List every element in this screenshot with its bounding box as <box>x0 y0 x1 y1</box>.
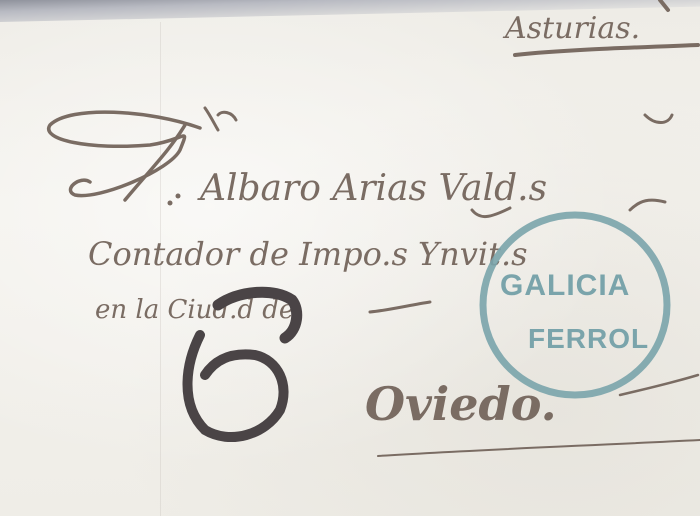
addressee-title: Contador de Impo.s Ynvit.s <box>88 235 528 273</box>
svg-text:Asturias.: Asturias. <box>502 11 640 46</box>
letter-cover: Asturias. Albaro Arias Vald.s Contador d… <box>0 0 700 516</box>
top-right-note: Asturias. <box>502 0 698 55</box>
svg-text:FERROL: FERROL <box>528 323 649 354</box>
tilde-mark <box>630 200 665 210</box>
tilde-mark <box>472 208 510 217</box>
ink-stroke <box>370 302 430 312</box>
svg-text:Oviedo.: Oviedo. <box>365 377 557 431</box>
destination-city: Oviedo. <box>365 375 700 456</box>
addressee-name: Albaro Arias Vald.s <box>197 168 547 209</box>
location-line: en la Ciud.d de <box>95 295 294 325</box>
tilde-mark <box>645 115 672 123</box>
postmark-galicia-ferrol: GALICIA FERROL <box>483 215 667 395</box>
svg-text:GALICIA: GALICIA <box>500 269 630 302</box>
handwriting-layer: Asturias. Albaro Arias Vald.s Contador d… <box>0 0 700 516</box>
